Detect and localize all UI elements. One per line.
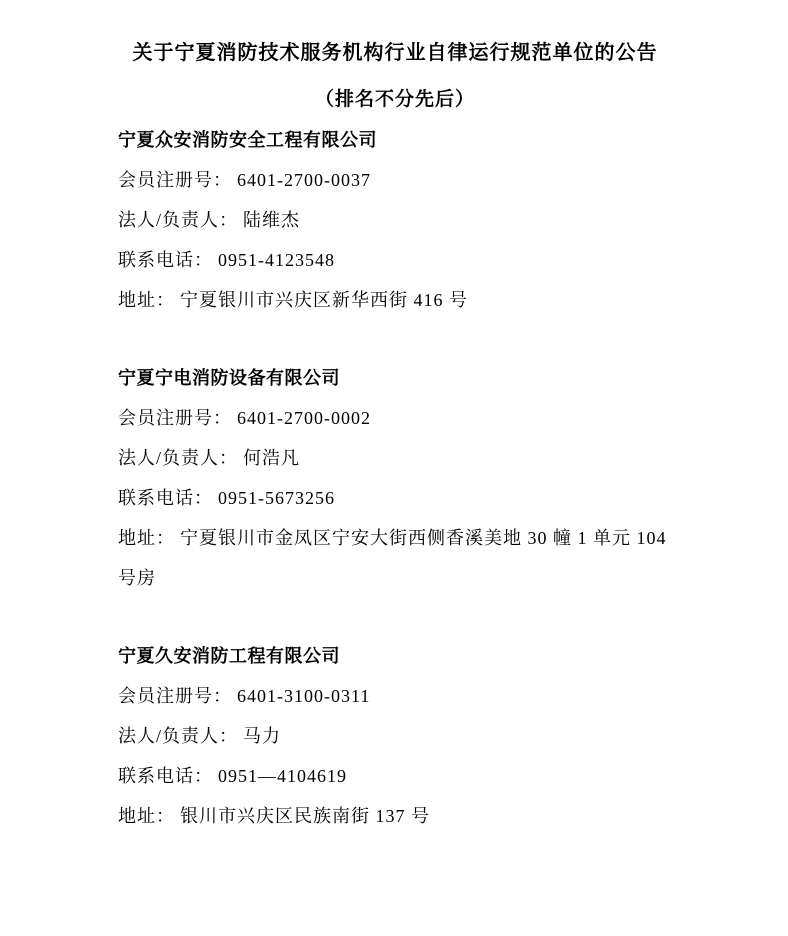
field-registration-number: 会员注册号：6401-2700-0002 [118, 398, 672, 438]
field-legal-person: 法人/负责人：何浩凡 [118, 438, 672, 478]
company-block-1: 宁夏众安消防安全工程有限公司 会员注册号：6401-2700-0037 法人/负… [118, 120, 672, 320]
field-label: 法人/负责人： [118, 210, 238, 230]
company-name: 宁夏久安消防工程有限公司 [118, 636, 672, 676]
field-value: 宁夏银川市金凤区宁安大街西侧香溪美地 30 幢 1 单元 104 号房 [118, 528, 667, 588]
field-registration-number: 会员注册号：6401-2700-0037 [118, 160, 672, 200]
field-label: 法人/负责人： [118, 448, 238, 468]
field-registration-number: 会员注册号：6401-3100-0311 [118, 676, 672, 716]
document-content: 关于宁夏消防技术服务机构行业自律运行规范单位的公告 （排名不分先后） 宁夏众安消… [0, 0, 788, 836]
field-label: 会员注册号： [118, 170, 232, 190]
field-value: 马力 [238, 726, 281, 746]
field-label: 地址： [118, 806, 175, 826]
field-label: 地址： [118, 528, 175, 548]
field-legal-person: 法人/负责人：马力 [118, 716, 672, 756]
page-title: 关于宁夏消防技术服务机构行业自律运行规范单位的公告 [118, 42, 672, 64]
field-label: 地址： [118, 290, 175, 310]
document-page: 关于宁夏消防技术服务机构行业自律运行规范单位的公告 （排名不分先后） 宁夏众安消… [0, 0, 788, 936]
field-label: 会员注册号： [118, 686, 232, 706]
field-value: 6401-2700-0002 [232, 408, 371, 428]
field-legal-person: 法人/负责人：陆维杰 [118, 200, 672, 240]
field-phone: 联系电话：0951-5673256 [118, 478, 672, 518]
field-value: 0951-4123548 [213, 250, 335, 270]
field-label: 联系电话： [118, 488, 213, 508]
field-phone: 联系电话：0951-4123548 [118, 240, 672, 280]
field-value: 0951-5673256 [213, 488, 335, 508]
field-label: 联系电话： [118, 766, 213, 786]
field-value: 银川市兴庆区民族南街 137 号 [175, 806, 430, 826]
field-phone: 联系电话：0951—4104619 [118, 756, 672, 796]
company-block-3: 宁夏久安消防工程有限公司 会员注册号：6401-3100-0311 法人/负责人… [118, 636, 672, 836]
company-name: 宁夏众安消防安全工程有限公司 [118, 120, 672, 160]
company-name: 宁夏宁电消防设备有限公司 [118, 358, 672, 398]
field-address: 地址：宁夏银川市金凤区宁安大街西侧香溪美地 30 幢 1 单元 104 号房 [118, 518, 672, 598]
field-label: 会员注册号： [118, 408, 232, 428]
field-label: 法人/负责人： [118, 726, 238, 746]
field-value: 0951—4104619 [213, 766, 347, 786]
field-address: 地址：银川市兴庆区民族南街 137 号 [118, 796, 672, 836]
field-value: 陆维杰 [238, 210, 300, 230]
field-value: 何浩凡 [238, 448, 300, 468]
field-label: 联系电话： [118, 250, 213, 270]
field-value: 宁夏银川市兴庆区新华西街 416 号 [175, 290, 468, 310]
page-subtitle: （排名不分先后） [118, 90, 672, 110]
field-value: 6401-3100-0311 [232, 686, 370, 706]
field-value: 6401-2700-0037 [232, 170, 371, 190]
field-address: 地址：宁夏银川市兴庆区新华西街 416 号 [118, 280, 672, 320]
company-block-2: 宁夏宁电消防设备有限公司 会员注册号：6401-2700-0002 法人/负责人… [118, 358, 672, 598]
